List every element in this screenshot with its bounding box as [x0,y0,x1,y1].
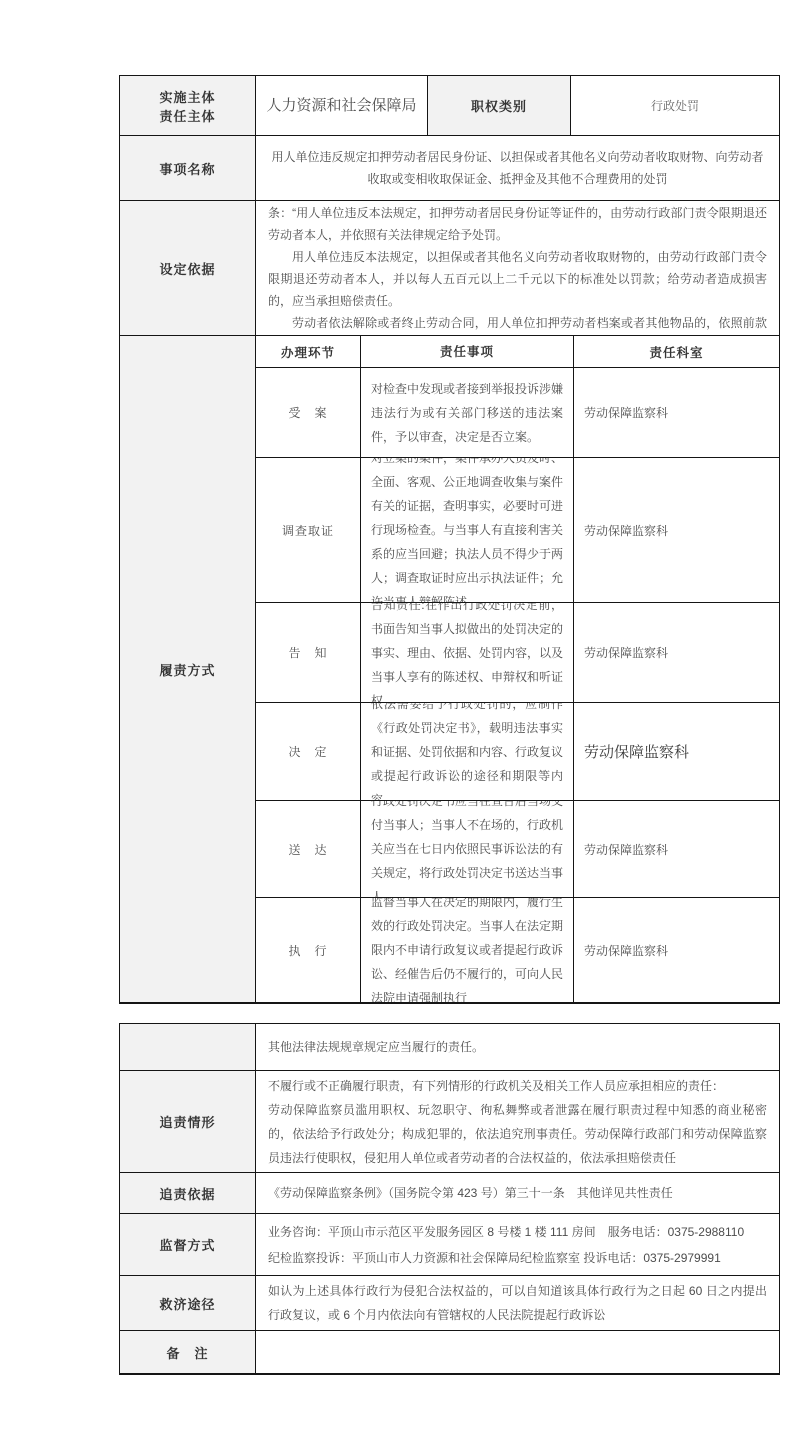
step-name: 调查取证 [256,458,361,602]
accountability-basis-text: 《劳动保障监察条例》（国务院令第 423 号）第三十一条 其他详见共性责任 [268,1182,767,1204]
table-row-supervision: 监督方式 业务咨询：平顶山市示范区平发服务园区 8 号楼 1 楼 111 房间 … [120,1214,779,1276]
accountability-cases-value: 不履行或不正确履行职责，有下列情形的行政机关及相关工作人员应承担相应的责任： 劳… [256,1071,779,1172]
legal-basis-label: 设定依据 [120,201,256,335]
step-duty: 行政处罚决定书应当在宣告后当场交付当事人；当事人不在场的，行政机关应当在七日内依… [361,801,574,897]
table-row-other-duty: 其他法律法规规章规定应当履行的责任。 [120,1024,779,1071]
other-duty-text: 其他法律法规规章规定应当履行的责任。 [268,1036,767,1058]
remedy-value: 如认为上述具体行政行为侵犯合法权益的，可以自知道该具体行政行为之日起 60 日之… [256,1276,779,1330]
table-row-matter-name: 事项名称 用人单位违反规定扣押劳动者居民身份证、以担保或者其他名义向劳动者收取财… [120,136,779,201]
header-dept: 责任科室 [574,336,779,367]
step-duty: 对立案的案件，案件承办人员及时、全面、客观、公正地调查收集与案件有关的证据，查明… [361,458,574,602]
step-dept: 劳动保障监察科 [574,703,779,800]
step-name: 告 知 [256,603,361,702]
table-row-remarks: 备 注 [120,1331,779,1373]
accountability-cases-line-1: 不履行或不正确履行职责，有下列情形的行政机关及相关工作人员应承担相应的责任： [268,1074,767,1098]
table-row-accountability-cases: 追责情形 不履行或不正确履行职责，有下列情形的行政机关及相关工作人员应承担相应的… [120,1071,779,1173]
accountability-basis-label: 追责依据 [120,1173,256,1213]
performance-label: 履责方式 [120,336,256,1002]
procedure-row-execute: 执 行 监督当事人在决定的期限内，履行生效的行政处罚决定。当事人在法定期限内不申… [256,898,779,1002]
step-duty: 监督当事人在决定的期限内，履行生效的行政处罚决定。当事人在法定期限内不申请行政复… [361,898,574,1002]
step-name: 执 行 [256,898,361,1002]
step-duty: 对检查中发现或者接到举报投诉涉嫌违法行为或有关部门移送的违法案件，予以审查，决定… [361,368,574,457]
legal-basis-paragraph-1: 《中华人民共和国劳动合同法》（2012 修正）（中华人民共和国主席令第 73 号… [268,201,767,246]
subject-label-cell: 实施主体 责任主体 [120,76,256,135]
remarks-label: 备 注 [120,1331,256,1373]
duty-list-document: 实施主体 责任主体 人力资源和社会保障局 职权类别 行政处罚 事项名称 用人单位… [0,0,793,1448]
legal-basis-paragraph-2: 用人单位违反本法规定，以担保或者其他名义向劳动者收取财物的，由劳动行政部门责令限… [268,246,767,312]
remarks-value [256,1331,779,1373]
procedure-row-investigate: 调查取证 对立案的案件，案件承办人员及时、全面、客观、公正地调查收集与案件有关的… [256,458,779,603]
accountability-table: 其他法律法规规章规定应当履行的责任。 追责情形 不履行或不正确履行职责，有下列情… [119,1023,780,1375]
other-duty-value: 其他法律法规规章规定应当履行的责任。 [256,1024,779,1070]
table-row-remedy: 救济途径 如认为上述具体行政行为侵犯合法权益的，可以自知道该具体行政行为之日起 … [120,1276,779,1331]
table-row-legal-basis: 设定依据 《中华人民共和国劳动合同法》（2012 修正）（中华人民共和国主席令第… [120,201,779,336]
header-duty: 责任事项 [361,336,574,367]
step-duty: 依法需要给予行政处罚的，应制作《行政处罚决定书》，载明违法事实和证据、处罚依据和… [361,703,574,800]
responsible-subject-label: 责任主体 [159,106,215,125]
supervision-label: 监督方式 [120,1214,256,1275]
supervision-line-business: 业务咨询：平顶山市示范区平发服务园区 8 号楼 1 楼 111 房间 服务电话：… [268,1219,767,1245]
matter-name-label: 事项名称 [120,136,256,200]
step-dept: 劳动保障监察科 [574,368,779,457]
procedure-row-deliver: 送 达 行政处罚决定书应当在宣告后当场交付当事人；当事人不在场的，行政机关应当在… [256,801,779,898]
procedure-row-accept: 受 案 对检查中发现或者接到举报投诉涉嫌违法行为或有关部门移送的违法案件，予以审… [256,368,779,458]
step-name: 决 定 [256,703,361,800]
step-dept: 劳动保障监察科 [574,801,779,897]
step-name: 送 达 [256,801,361,897]
main-duty-table: 实施主体 责任主体 人力资源和社会保障局 职权类别 行政处罚 事项名称 用人单位… [119,75,780,1004]
table-row-subject: 实施主体 责任主体 人力资源和社会保障局 职权类别 行政处罚 [120,76,779,136]
step-dept: 劳动保障监察科 [574,898,779,1002]
legal-basis-paragraph-3: 劳动者依法解除或者终止劳动合同，用人单位扣押劳动者档案或者其他物品的，依照前款规… [268,312,767,335]
procedure-row-decide: 决 定 依法需要给予行政处罚的，应制作《行政处罚决定书》，载明违法事实和证据、处… [256,703,779,801]
table-row-performance: 履责方式 办理环节 责任事项 责任科室 受 案 对检查中发现或者接到举报投诉涉嫌… [120,336,779,1002]
step-name: 受 案 [256,368,361,457]
other-duty-label [120,1024,256,1070]
table-row-accountability-basis: 追责依据 《劳动保障监察条例》（国务院令第 423 号）第三十一条 其他详见共性… [120,1173,779,1214]
supervision-value: 业务咨询：平顶山市示范区平发服务园区 8 号楼 1 楼 111 房间 服务电话：… [256,1214,779,1275]
supervision-line-discipline: 纪检监察投诉：平顶山市人力资源和社会保障局纪检监察室 投诉电话：0375-297… [268,1245,767,1271]
legal-basis-value: 《中华人民共和国劳动合同法》（2012 修正）（中华人民共和国主席令第 73 号… [256,201,779,335]
step-dept: 劳动保障监察科 [574,458,779,602]
agency-name: 人力资源和社会保障局 [256,76,428,135]
procedure-row-notify: 告 知 告知责任:在作出行政处罚决定前，书面告知当事人拟做出的处罚决定的事实、理… [256,603,779,703]
implementing-subject-label: 实施主体 [159,87,215,106]
remedy-label: 救济途径 [120,1276,256,1330]
power-type-label: 职权类别 [428,76,571,135]
remedy-text: 如认为上述具体行政行为侵犯合法权益的，可以自知道该具体行政行为之日起 60 日之… [268,1279,767,1327]
power-type-value: 行政处罚 [571,76,779,135]
matter-name-text: 用人单位违反规定扣押劳动者居民身份证、以担保或者其他名义向劳动者收取财物、向劳动… [268,146,767,190]
header-step: 办理环节 [256,336,361,367]
procedure-header-row: 办理环节 责任事项 责任科室 [256,336,779,368]
matter-name-value: 用人单位违反规定扣押劳动者居民身份证、以担保或者其他名义向劳动者收取财物、向劳动… [256,136,779,200]
accountability-cases-label: 追责情形 [120,1071,256,1172]
accountability-basis-value: 《劳动保障监察条例》（国务院令第 423 号）第三十一条 其他详见共性责任 [256,1173,779,1213]
accountability-cases-line-2: 劳动保障监察员滥用职权、玩忽职守、徇私舞弊或者泄露在履行职责过程中知悉的商业秘密… [268,1098,767,1170]
procedure-table: 办理环节 责任事项 责任科室 受 案 对检查中发现或者接到举报投诉涉嫌违法行为或… [256,336,779,1002]
step-dept: 劳动保障监察科 [574,603,779,702]
step-duty: 告知责任:在作出行政处罚决定前，书面告知当事人拟做出的处罚决定的事实、理由、依据… [361,603,574,702]
